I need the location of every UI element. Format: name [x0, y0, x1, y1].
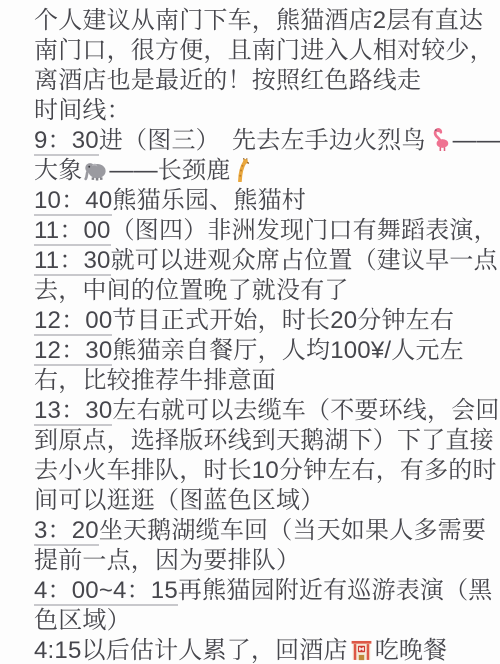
text-span: 再熊猫园附近有巡游表演（黑 [178, 577, 493, 604]
time-link[interactable]: 12：30 [34, 337, 112, 366]
text-span: 色区域） [34, 607, 131, 634]
text-span: 个人建议从南门下车，熊猫酒店2层有直达 [34, 7, 483, 34]
text-span: 去，中间的位置晚了就没有了 [34, 277, 349, 304]
text-span: 去小火车排队，时长10分钟左右，有多的时 [34, 457, 497, 484]
text-line: 4:15以后估计人累了，回酒店吃晚餐 [34, 636, 486, 664]
time-link[interactable]: 3：20 [34, 517, 99, 546]
time-link[interactable]: 13：30 [34, 397, 112, 426]
text-line: 离酒店也是最近的！按照红色路线走 [34, 66, 486, 96]
giraffe-icon [231, 157, 256, 182]
time-link[interactable]: 11：30 [34, 247, 111, 276]
text-line: 南门口，很方便，且南门进入人相对较少， [34, 36, 486, 66]
text-span: 左右就可以去缆车（不要环线，会回 [112, 397, 499, 424]
text-line: 11：30就可以进观众席占位置（建议早一点 [34, 246, 486, 276]
elephant-icon [83, 157, 108, 182]
text-line: 色区域） [34, 606, 486, 636]
text-line: 10：40熊猫乐园、熊猫村 [34, 186, 486, 216]
text-line: 12：30熊猫亲自餐厅，人均100¥/人元左 [34, 336, 486, 366]
text-line: 去小火车排队，时长10分钟左右，有多的时 [34, 456, 486, 486]
text-span: 熊猫亲自餐厅，人均100¥/人元左 [112, 337, 463, 364]
text-span: 离酒店也是最近的！按照红色路线走 [34, 67, 421, 94]
text-span: 吃晚餐 [375, 637, 448, 664]
text-line: 提前一点，因为要排队） [34, 546, 486, 576]
text-span: 节目正式开始，时长20分钟左右 [112, 307, 454, 334]
text-span: 进（图三） 先去左手边火烈鸟 [99, 127, 426, 154]
text-span: 南门口，很方便，且南门进入人相对较少， [34, 37, 494, 64]
text-line: 右，比较推荐牛排意面 [34, 366, 486, 396]
text-span: 时间线： [34, 97, 131, 124]
text-span: 提前一点，因为要排队） [34, 547, 300, 574]
text-span: 大象 [34, 157, 82, 184]
text-span: （图四）非洲发现门口有舞蹈表演， [111, 217, 498, 244]
text-line: 时间线： [34, 96, 486, 126]
itinerary-text: 个人建议从南门下车，熊猫酒店2层有直达南门口，很方便，且南门进入人相对较少，离酒… [0, 0, 500, 664]
hotel-icon [349, 637, 374, 662]
text-span: —— [453, 127, 500, 154]
time-link[interactable]: 11：00 [34, 217, 111, 246]
text-line: 11：00（图四）非洲发现门口有舞蹈表演， [34, 216, 486, 246]
time-link[interactable]: 4：00~4：15 [34, 577, 178, 606]
text-span: ——长颈鹿 [109, 157, 230, 184]
flamingo-icon [427, 127, 452, 152]
text-line: 13：30左右就可以去缆车（不要环线，会回 [34, 396, 486, 426]
text-span: 就可以进观众席占位置（建议早一点 [111, 247, 498, 274]
text-span: 4:15以后估计人累了，回酒店 [34, 637, 348, 664]
text-span: 熊猫乐园、熊猫村 [112, 187, 306, 214]
text-span: 到原点，选择版环线到天鹅湖下）下了直接 [34, 427, 494, 454]
text-line: 间可以逛逛（图蓝色区域） [34, 486, 486, 516]
text-line: 9：30进（图三） 先去左手边火烈鸟—— [34, 126, 486, 156]
text-span: 坐天鹅湖缆车回（当天如果人多需要 [99, 517, 486, 544]
text-line: 3：20坐天鹅湖缆车回（当天如果人多需要 [34, 516, 486, 546]
text-line: 4：00~4：15再熊猫园附近有巡游表演（黑 [34, 576, 486, 606]
time-link[interactable]: 10：40 [34, 187, 112, 216]
text-line: 去，中间的位置晚了就没有了 [34, 276, 486, 306]
time-link[interactable]: 9：30 [34, 127, 99, 156]
text-span: 右，比较推荐牛排意面 [34, 367, 276, 394]
text-span: 间可以逛逛（图蓝色区域） [34, 487, 324, 514]
text-line: 到原点，选择版环线到天鹅湖下）下了直接 [34, 426, 486, 456]
text-line: 个人建议从南门下车，熊猫酒店2层有直达 [34, 6, 486, 36]
text-line: 12：00节目正式开始，时长20分钟左右 [34, 306, 486, 336]
time-link[interactable]: 12：00 [34, 307, 112, 336]
text-line: 大象——长颈鹿 [34, 156, 486, 186]
